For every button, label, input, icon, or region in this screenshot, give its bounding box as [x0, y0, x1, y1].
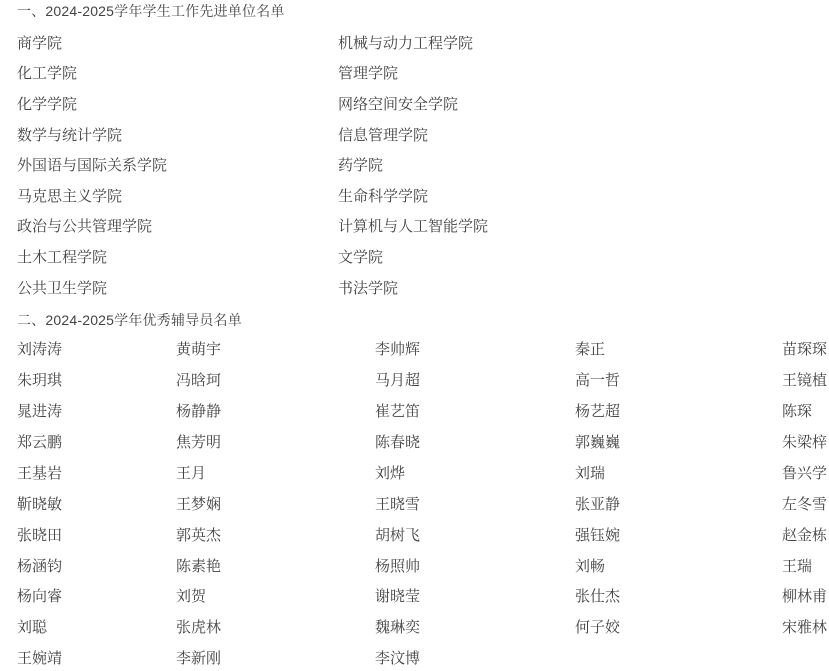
unit-name: 信息管理学院 — [338, 128, 829, 143]
counselor-name: 靳晓敏 — [17, 497, 176, 512]
unit-name: 计算机与人工智能学院 — [338, 219, 829, 234]
counselor-name: 郑云鹏 — [17, 435, 176, 450]
counselor-name: 李汶博 — [375, 651, 575, 666]
counselor-name: 黄萌宇 — [176, 342, 375, 357]
counselor-name: 王瑞 — [782, 559, 829, 574]
counselor-name: 杨照帅 — [375, 559, 575, 574]
unit-name: 土木工程学院 — [17, 250, 338, 265]
counselor-name: 李新刚 — [176, 651, 375, 666]
counselor-name: 张亚静 — [575, 497, 782, 512]
counselor-name: 刘瑞 — [575, 466, 782, 481]
counselor-name: 王基岩 — [17, 466, 176, 481]
counselor-name: 王月 — [176, 466, 375, 481]
counselor-name: 胡树飞 — [375, 528, 575, 543]
counselor-name: 刘聪 — [17, 620, 176, 635]
unit-name: 药学院 — [338, 158, 829, 173]
unit-name: 网络空间安全学院 — [338, 97, 829, 112]
counselor-name: 朱玥琪 — [17, 373, 176, 388]
counselor-name: 杨静静 — [176, 404, 375, 419]
unit-name: 公共卫生学院 — [17, 281, 338, 296]
unit-name: 政治与公共管理学院 — [17, 219, 338, 234]
counselor-name: 朱梁梓 — [782, 435, 829, 450]
unit-name: 机械与动力工程学院 — [338, 36, 829, 51]
section1-heading: 一、2024-2025学年学生工作先进单位名单 — [0, 0, 829, 20]
counselor-name: 焦芳明 — [176, 435, 375, 450]
counselor-name: 鲁兴学 — [782, 466, 829, 481]
section2-heading: 二、2024-2025学年优秀辅导员名单 — [0, 312, 829, 329]
counselor-name: 崔艺笛 — [375, 404, 575, 419]
unit-name: 书法学院 — [338, 281, 829, 296]
counselor-name: 王镜植 — [782, 373, 829, 388]
counselor-name: 何子姣 — [575, 620, 782, 635]
counselor-name: 刘涛涛 — [17, 342, 176, 357]
counselor-name: 李帅辉 — [375, 342, 575, 357]
counselor-name: 秦正 — [575, 342, 782, 357]
counselor-name: 杨艺超 — [575, 404, 782, 419]
document-page: 一、2024-2025学年学生工作先进单位名单 商学院机械与动力工程学院化工学院… — [0, 0, 829, 671]
unit-name: 化工学院 — [17, 66, 338, 81]
counselor-name: 王晓雪 — [375, 497, 575, 512]
counselor-name: 刘烨 — [375, 466, 575, 481]
counselor-name: 王婉靖 — [17, 651, 176, 666]
counselor-name: 强钰婉 — [575, 528, 782, 543]
unit-name: 生命科学学院 — [338, 189, 829, 204]
excellent-counselors-list: 刘涛涛黄萌宇李帅辉秦正苗琛琛朱玥琪冯晗珂马月超高一哲王镜植晁进涛杨静静崔艺笛杨艺… — [0, 334, 829, 671]
counselor-name: 郭英杰 — [176, 528, 375, 543]
counselor-name: 柳林甫 — [782, 589, 829, 604]
counselor-name: 张虎林 — [176, 620, 375, 635]
counselor-name: 马月超 — [375, 373, 575, 388]
counselor-name: 张仕杰 — [575, 589, 782, 604]
unit-name: 马克思主义学院 — [17, 189, 338, 204]
counselor-name: 杨向睿 — [17, 589, 176, 604]
counselor-name: 苗琛琛 — [782, 342, 829, 357]
counselor-name: 左冬雪 — [782, 497, 829, 512]
unit-name: 商学院 — [17, 36, 338, 51]
counselor-name: 郭巍巍 — [575, 435, 782, 450]
counselor-name: 杨涵钧 — [17, 559, 176, 574]
counselor-name: 晁进涛 — [17, 404, 176, 419]
counselor-name: 王梦娴 — [176, 497, 375, 512]
counselor-name: 魏琳奕 — [375, 620, 575, 635]
counselor-name: 高一哲 — [575, 373, 782, 388]
counselor-name: 陈春晓 — [375, 435, 575, 450]
advanced-units-list: 商学院机械与动力工程学院化工学院管理学院化学学院网络空间安全学院数学与统计学院信… — [0, 28, 829, 303]
unit-name: 化学学院 — [17, 97, 338, 112]
counselor-name: 谢晓莹 — [375, 589, 575, 604]
unit-name: 管理学院 — [338, 66, 829, 81]
counselor-name: 陈琛 — [782, 404, 829, 419]
unit-name: 数学与统计学院 — [17, 128, 338, 143]
counselor-name: 张晓田 — [17, 528, 176, 543]
counselor-name: 宋雅林 — [782, 620, 829, 635]
unit-name: 文学院 — [338, 250, 829, 265]
counselor-name: 刘贺 — [176, 589, 375, 604]
counselor-name: 赵金栋 — [782, 528, 829, 543]
counselor-name: 刘畅 — [575, 559, 782, 574]
counselor-name: 陈素艳 — [176, 559, 375, 574]
unit-name: 外国语与国际关系学院 — [17, 158, 338, 173]
counselor-name: 冯晗珂 — [176, 373, 375, 388]
